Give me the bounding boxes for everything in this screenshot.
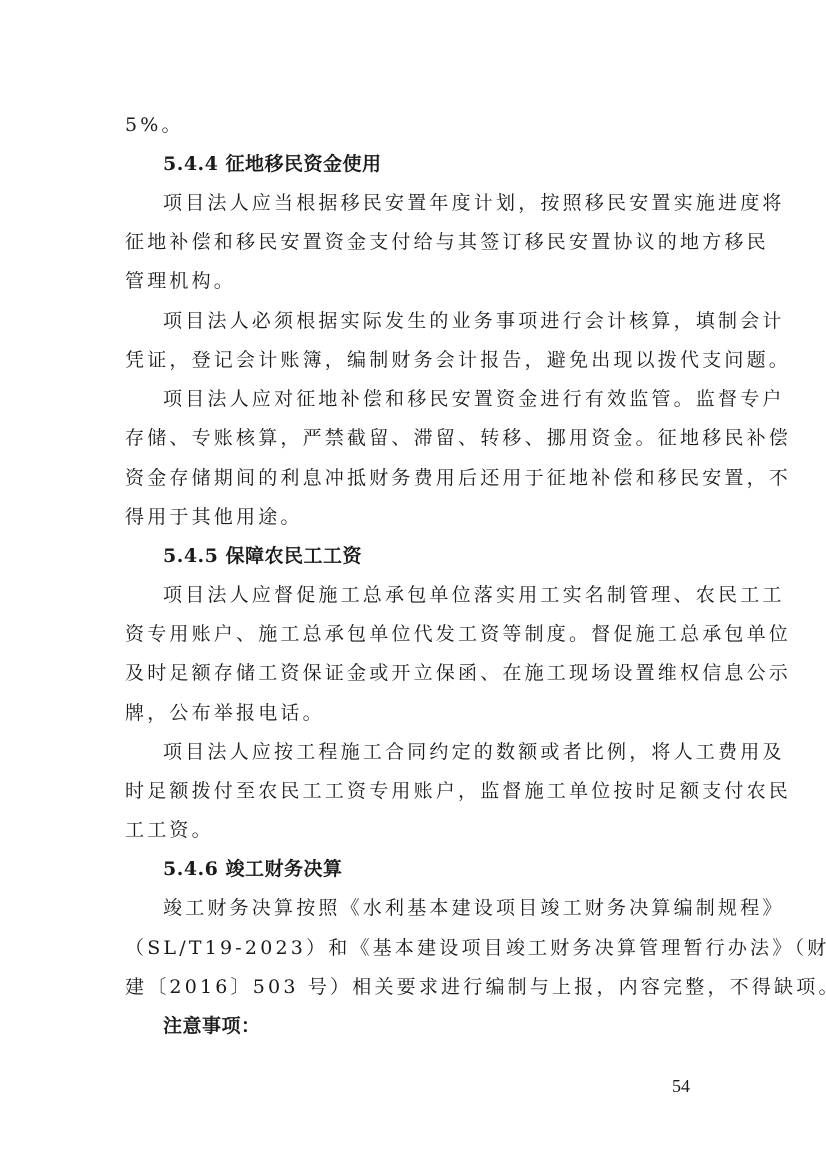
- paragraph-line: （SL/T19-2023）和《基本建设项目竣工财务决算管理暂行办法》（财: [125, 936, 705, 960]
- paragraph-line: 存储、专账核算，严禁截留、滞留、转移、挪用资金。征地移民补偿: [125, 426, 705, 450]
- paragraph-line: 5%。: [125, 113, 705, 137]
- page-number: 54: [672, 1076, 690, 1097]
- paragraph-line: 及时足额存储工资保证金或开立保函、在施工现场设置维权信息公示: [125, 661, 705, 685]
- paragraph-line: 凭证，登记会计账簿，编制财务会计报告，避免出现以拨代支问题。: [125, 348, 705, 372]
- paragraph-line: 征地补偿和移民安置资金支付给与其签订移民安置协议的地方移民: [125, 230, 705, 254]
- paragraph-line: 管理机构。: [125, 269, 705, 293]
- section-heading: 5.4.4 征地移民资金使用: [163, 152, 705, 176]
- paragraph-line: 得用于其他用途。: [125, 505, 705, 529]
- section-heading: 5.4.5 保障农民工工资: [163, 544, 705, 568]
- paragraph-line: 竣工财务决算按照《水利基本建设项目竣工财务决算编制规程》: [163, 896, 705, 920]
- paragraph-line: 项目法人应按工程施工合同约定的数额或者比例，将人工费用及: [163, 740, 705, 764]
- paragraph-line: 时足额拨付至农民工工资专用账户，监督施工单位按时足额支付农民: [125, 779, 705, 803]
- section-heading: 5.4.6 竣工财务决算: [163, 857, 705, 881]
- section-heading: 注意事项：: [163, 1014, 705, 1038]
- paragraph-line: 资专用账户、施工总承包单位代发工资等制度。督促施工总承包单位: [125, 622, 705, 646]
- document-page: 5%。5.4.4 征地移民资金使用项目法人应当根据移民安置年度计划，按照移民安置…: [0, 0, 826, 1169]
- paragraph-line: 牌，公布举报电话。: [125, 701, 705, 725]
- paragraph-line: 项目法人应对征地补偿和移民安置资金进行有效监管。监督专户: [163, 387, 705, 411]
- paragraph-line: 项目法人应当根据移民安置年度计划，按照移民安置实施进度将: [163, 191, 705, 215]
- paragraph-line: 项目法人必须根据实际发生的业务事项进行会计核算，填制会计: [163, 309, 705, 333]
- paragraph-line: 工工资。: [125, 818, 705, 842]
- paragraph-line: 项目法人应督促施工总承包单位落实用工实名制管理、农民工工: [163, 583, 705, 607]
- paragraph-line: 资金存储期间的利息冲抵财务费用后还用于征地补偿和移民安置，不: [125, 466, 705, 490]
- paragraph-line: 建〔2016〕503 号）相关要求进行编制与上报，内容完整，不得缺项。: [125, 975, 705, 999]
